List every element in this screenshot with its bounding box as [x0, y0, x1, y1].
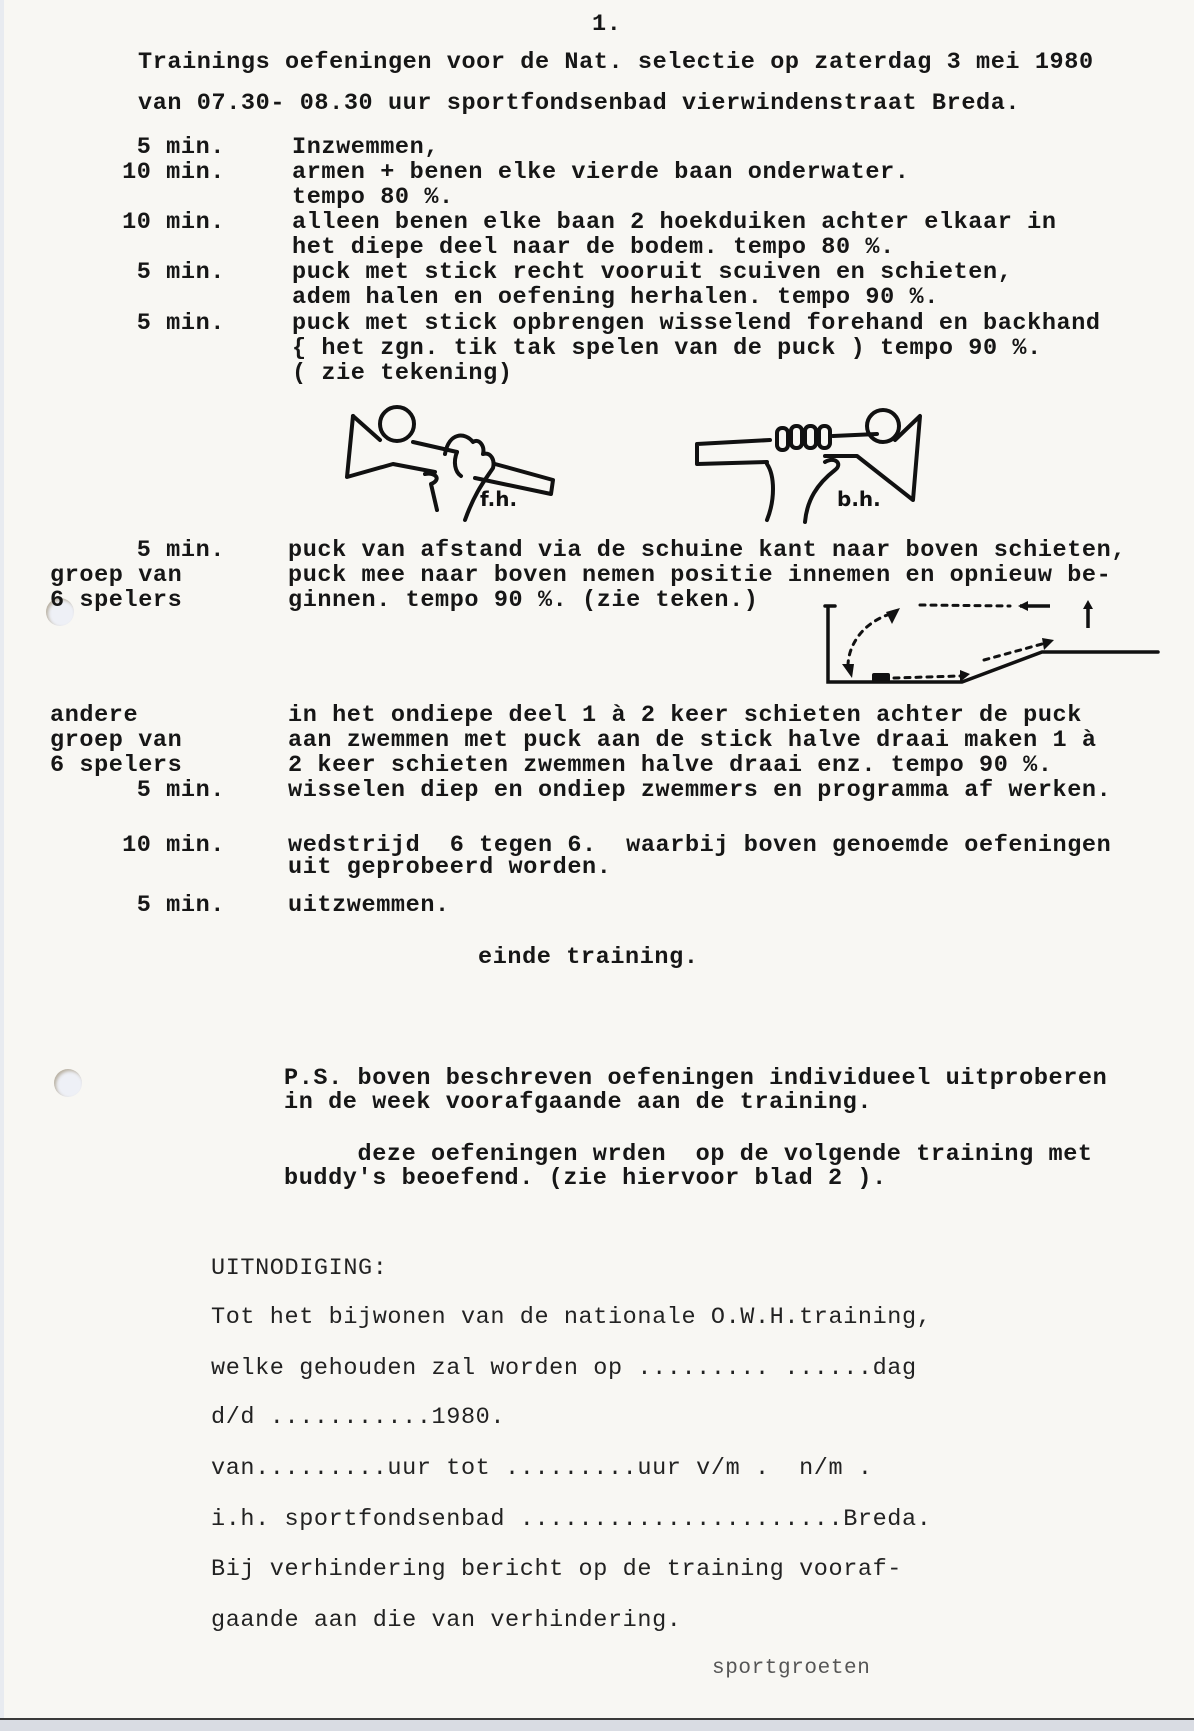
group-label: groep van: [50, 563, 182, 588]
group-label: 6 spelers: [50, 753, 182, 778]
exercise-duration: 5 min.: [100, 260, 225, 285]
exercise-duration: 5 min.: [100, 893, 225, 918]
invitation-line: Tot het bijwonen van de nationale O.W.H.…: [211, 1305, 931, 1330]
exercise-text: 2 keer schieten zwemmen halve draai enz.…: [288, 753, 1053, 778]
exercise-duration: 5 min.: [100, 778, 225, 803]
exercise-duration: 10 min.: [100, 833, 225, 858]
exercise-text: ( zie tekening): [292, 361, 513, 386]
group-label: 6 spelers: [50, 588, 182, 613]
exercise-duration: 10 min.: [100, 210, 225, 235]
exercise-text: { het zgn. tik tak spelen van de puck ) …: [292, 336, 1042, 361]
group-label: groep van: [50, 728, 182, 753]
header-line-1: Trainings oefeningen voor de Nat. select…: [138, 50, 1094, 75]
exercise-text: puck met stick recht vooruit scuiven en …: [292, 260, 1012, 285]
end-text: einde training.: [478, 945, 699, 970]
invitation-line: Bij verhindering bericht op de training …: [211, 1557, 902, 1582]
ps-text: buddy's beoefend. (zie hiervoor blad 2 )…: [284, 1166, 887, 1191]
exercise-duration: 5 min.: [100, 538, 225, 563]
ps-text: P.S. boven beschreven oefeningen individ…: [284, 1066, 1107, 1091]
ps-text: in de week voorafgaande aan de training.: [284, 1090, 872, 1115]
invitation-line: welke gehouden zal worden op ......... .…: [211, 1356, 917, 1381]
exercise-text: puck met stick opbrengen wisselend foreh…: [292, 311, 1101, 336]
scan-background: [0, 1720, 1194, 1731]
exercise-text: in het ondiepe deel 1 à 2 keer schieten …: [288, 703, 1082, 728]
exercise-text: armen + benen elke vierde baan onderwate…: [292, 160, 910, 185]
pool-diagram: [820, 598, 1160, 688]
ps-text: deze oefeningen wrden op de volgende tra…: [284, 1142, 1093, 1167]
exercise-text: Inzwemmen,: [292, 135, 439, 160]
invitation-line: van.........uur tot .........uur v/m . n…: [211, 1456, 873, 1481]
scan-edge: [0, 0, 4, 1718]
exercise-text: puck mee naar boven nemen positie inneme…: [288, 563, 1111, 588]
exercise-text: wisselen diep en ondiep zwemmers en prog…: [288, 778, 1111, 803]
backhand-drawing: b.h.: [695, 410, 925, 530]
forehand-drawing: f.h.: [345, 402, 565, 522]
exercise-text: uitzwemmen.: [288, 893, 450, 918]
exercise-text: adem halen en oefening herhalen. tempo 9…: [292, 285, 939, 310]
invitation-line: d/d ...........1980.: [211, 1405, 505, 1430]
header-line-2: van 07.30- 08.30 uur sportfondsenbad vie…: [138, 91, 1020, 116]
exercise-text: ginnen. tempo 90 %. (zie teken.): [288, 588, 758, 613]
punch-hole: [54, 1069, 82, 1097]
exercise-duration: 10 min.: [100, 160, 225, 185]
exercise-text: tempo 80 %.: [292, 185, 454, 210]
invitation-line: i.h. sportfondsenbad ...................…: [211, 1507, 931, 1532]
backhand-label: b.h.: [837, 487, 881, 511]
exercise-text: uit geprobeerd worden.: [288, 855, 611, 880]
group-label: andere: [50, 703, 138, 728]
forehand-label: f.h.: [480, 487, 517, 511]
exercise-duration: 5 min.: [100, 311, 225, 336]
invitation-title: UITNODIGING:: [211, 1256, 387, 1281]
exercise-text: het diepe deel naar de bodem. tempo 80 %…: [292, 235, 895, 260]
page-number: 1.: [592, 12, 621, 37]
exercise-text: puck van afstand via de schuine kant naa…: [288, 538, 1126, 563]
invitation-line: gaande aan die van verhindering.: [211, 1608, 681, 1633]
exercise-text: alleen benen elke baan 2 hoekduiken acht…: [292, 210, 1057, 235]
exercise-duration: 5 min.: [100, 135, 225, 160]
closing: sportgroeten: [712, 1656, 870, 1681]
exercise-text: aan zwemmen met puck aan de stick halve …: [288, 728, 1097, 753]
